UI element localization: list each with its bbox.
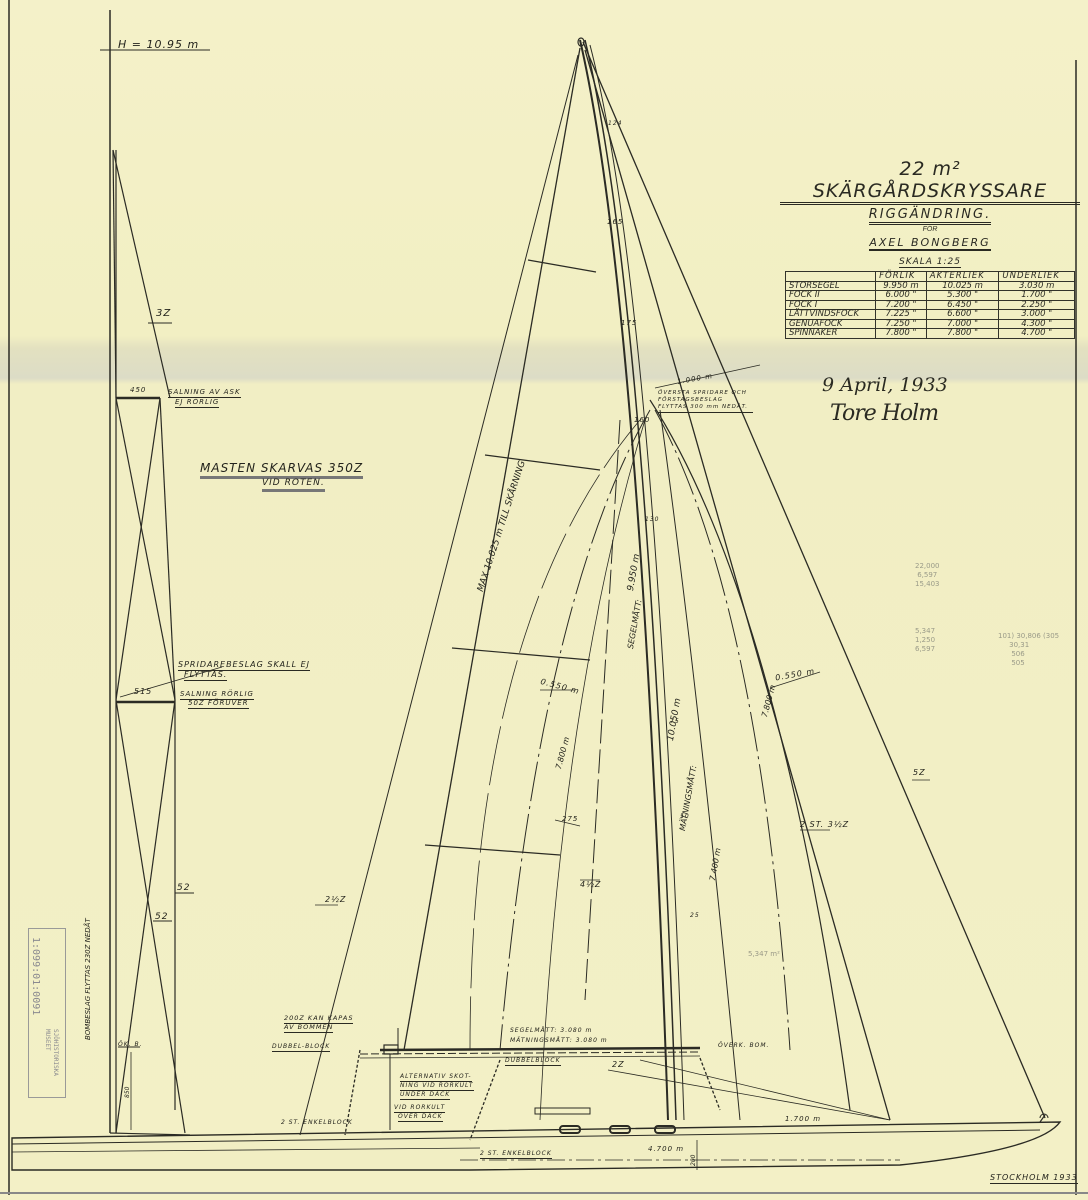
cell-value: 6.600 " [926,310,999,320]
mast-dim-25: 25 [690,912,700,919]
single-block-bottom-label: 2 ST. ENKELBLOCK [480,1150,552,1159]
lower-wire-label-b: 52 [155,912,168,922]
boom-cut-note-2: AV BOMMEN [284,1023,333,1033]
table-row: SPINNAKER 7.800 " 7.800 " 4.700 " [786,329,1075,339]
vang-wire-label: 2Z [612,1060,625,1069]
alt-sheet-note-3: UNDER DÄCK [400,1091,450,1100]
upper-spreader-note-2: EJ RÖRLIG [175,398,219,408]
rudder-note-2: ÖVER DÄCK [398,1113,443,1122]
batten-dim: 275 [562,815,578,823]
rudder-note-1: VID RORKULT [394,1104,445,1113]
owner-name: AXEL BONGBERG [869,236,990,251]
drawing-subtitle: RIGGÄNDRING. [869,207,991,225]
foot-length-dim: 4.700 m [648,1145,684,1153]
lower-wire-label-a: 52 [177,883,190,893]
cell-value: 7.225 " [876,310,927,320]
tack-distance-dim: 1.700 m [785,1115,821,1123]
title-block: 22 m² SKÄRGÅRDSKRYSSARE RIGGÄNDRING. FÖR… [780,158,1080,269]
mast-dim-124: 124 [608,120,622,127]
genua-sheet-wire-label: 4½Z [580,880,601,889]
pencil-calculation-1: 22,000 6,597 15,403 [915,562,940,589]
single-block-left-label: 2 ST. ENKELBLOCK [281,1119,353,1126]
alt-sheet-note-2: NING VID RORKULT [400,1082,474,1091]
stamp-line-1: SJÖHISTORISKA [52,1029,59,1076]
spreader-fitting-note-2: FLYTTAS. [184,670,227,681]
foot-sail-dim: SEGELMÅTT: 3.080 m [510,1027,592,1034]
signature: Tore Holm [830,401,938,426]
pencil-calculation-4: 5,347 m² [748,950,780,959]
sail-name: LÄTTVINDSFOCK [786,310,876,320]
pencil-calculation-3: 101) 30,806 (305 30,31 506 505 [998,632,1059,668]
cell-value: 4.700 " [999,329,1075,339]
upper-spreader-note: ÖVERSTA SPRIDARE OCH FÖRSTAGSBESLAG FLYT… [658,390,753,413]
stamp-line-3: 1:099:01:0091 [30,937,41,1015]
double-block-mid-label: DUBBELBLOCK [505,1057,561,1066]
table-row: FOCK II 6.000 " 5.300 " 1.700 " [786,291,1075,301]
cell-value: 7.800 " [926,329,999,339]
mast-dim-160: 160 [634,416,650,424]
mast-splice-note-2: VID ROTEN. [262,478,325,492]
forestay-wire-label: 5Z [913,768,926,777]
mast-height-label: H = 10.95 m [118,38,199,51]
for-label: FÖR [780,226,1080,233]
ok-label: ÖK. B. [118,1041,143,1048]
pencil-calculation-2: 5,347 1,250 6,597 [915,627,935,654]
table-header-row: FÖRLIK AKTERLIEK UNDERLIEK [786,272,1075,282]
table-header [786,272,876,282]
archive-stamp: SJÖHISTORISKA MUSEET 1:099:01:0091 [28,928,66,1098]
double-block-left-label: DUBBEL-BLOCK [272,1043,330,1052]
lower-spreader-dim: 515 [134,687,152,696]
table-row: LÄTTVINDSFOCK 7.225 " 6.600 " 3.000 " [786,310,1075,320]
cell-value: 3.000 " [999,310,1075,320]
table-header: UNDERLIEK [999,272,1075,282]
cell-value: 7.800 " [876,329,927,339]
lower-spreader-note-2: 50Z FÖRUVER [188,699,249,709]
jib-stay-wire-label: 2 ST. 3½Z [800,820,849,829]
table-header: AKTERLIEK [926,272,999,282]
freeboard-dim: 200 [690,1155,697,1166]
mast-dim-175: 175 [621,319,637,327]
sail-name: FOCK II [786,291,876,301]
boom-fitting-note: BOMBESLAG FLYTTAS 230Z NEDÅT [84,918,92,1040]
mast-dim-130: 130 [645,516,659,523]
alt-sheet-note-1: ALTERNATIV SKOT- [400,1073,472,1082]
mainsheet-wire-label: 2½Z [325,895,346,904]
foot-measured-dim: MÄTNINGSMÅTT: 3.080 m [510,1037,608,1044]
stamp-line-2: MUSEET [44,1029,51,1051]
mast-splice-note-1: MASTEN SKARVAS 350Z [200,461,363,479]
mast-dim-165: 165 [607,218,623,226]
boom-label: ÖVERK. BOM. [718,1042,769,1049]
sail-name: SPINNAKER [786,329,876,339]
cell-value: 6.000 " [876,291,927,301]
boom-height-dim: 850 [124,1087,131,1098]
drawing-scale: SKALA 1:25 [899,257,961,268]
signature-date: 9 April, 1933 [822,374,948,396]
upper-spreader-dim: 450 [130,386,146,394]
upper-wire-label: 3Z [156,308,171,319]
sail-dimensions-table: FÖRLIK AKTERLIEK UNDERLIEK STORSEGEL 9.9… [785,271,1075,339]
drawing-title: 22 m² SKÄRGÅRDSKRYSSARE [780,158,1080,205]
place-and-year: STOCKHOLM 1933 [990,1173,1078,1184]
upper-spreader-note-1: SALNING AV ASK [168,388,241,398]
cell-value: 1.700 " [999,291,1075,301]
cell-value: 5.300 " [926,291,999,301]
table-header: FÖRLIK [876,272,927,282]
